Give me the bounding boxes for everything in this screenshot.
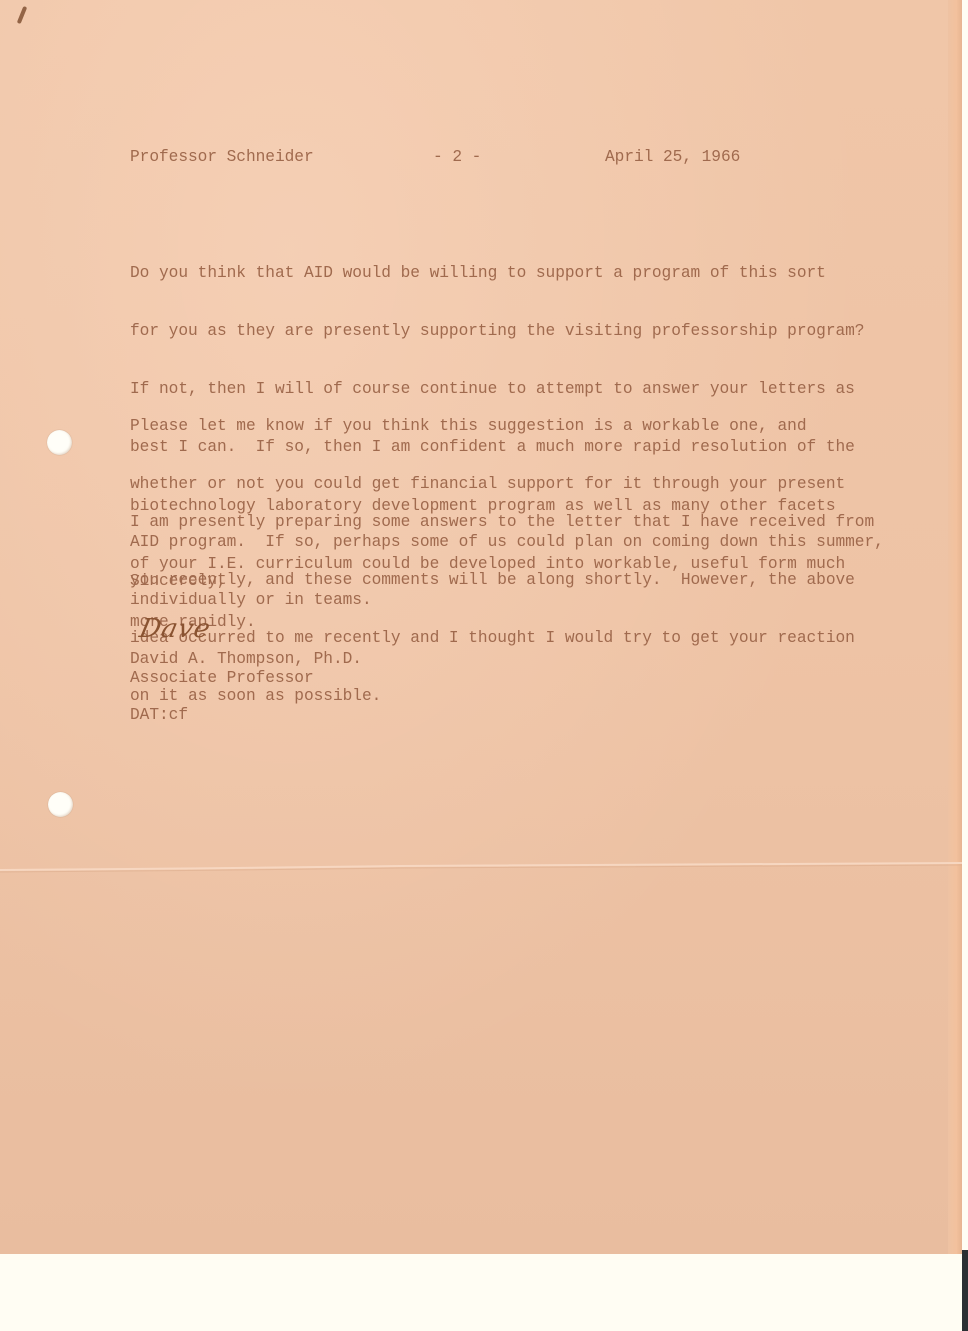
paragraph-line: idea occurred to me recently and I thoug… bbox=[130, 629, 874, 648]
signer-title: Associate Professor bbox=[130, 669, 314, 688]
closing-salutation: Sincerely, bbox=[130, 572, 227, 591]
signer-name: David A. Thompson, Ph.D. bbox=[130, 650, 362, 669]
paragraph-line: on it as soon as possible. bbox=[130, 687, 874, 706]
hole-punch-bottom bbox=[48, 792, 73, 817]
paragraph-line: Do you think that AID would be willing t… bbox=[130, 264, 864, 283]
page-right-edge bbox=[948, 0, 962, 1254]
paragraph-line: for you as they are presently supporting… bbox=[130, 322, 864, 341]
paragraph-line: I am presently preparing some answers to… bbox=[130, 513, 874, 532]
paragraph-line: you recently, and these comments will be… bbox=[130, 571, 874, 590]
scanner-edge bbox=[962, 1250, 968, 1331]
ink-smudge-mark bbox=[17, 6, 27, 24]
letter-page: Professor Schneider - 2 - April 25, 1966… bbox=[0, 0, 962, 1254]
paper-fold-crease bbox=[0, 860, 962, 876]
scanned-document: Professor Schneider - 2 - April 25, 1966… bbox=[0, 0, 968, 1331]
header-recipient: Professor Schneider bbox=[130, 148, 314, 167]
hole-punch-top bbox=[47, 430, 72, 455]
header-page-number: - 2 - bbox=[433, 148, 481, 167]
handwritten-signature: Dave bbox=[137, 614, 214, 644]
paragraph-line: Please let me know if you think this sug… bbox=[130, 417, 884, 436]
body-paragraph-3: I am presently preparing some answers to… bbox=[130, 474, 874, 746]
reference-initials: DAT:cf bbox=[130, 706, 188, 725]
header-date: April 25, 1966 bbox=[605, 148, 740, 167]
